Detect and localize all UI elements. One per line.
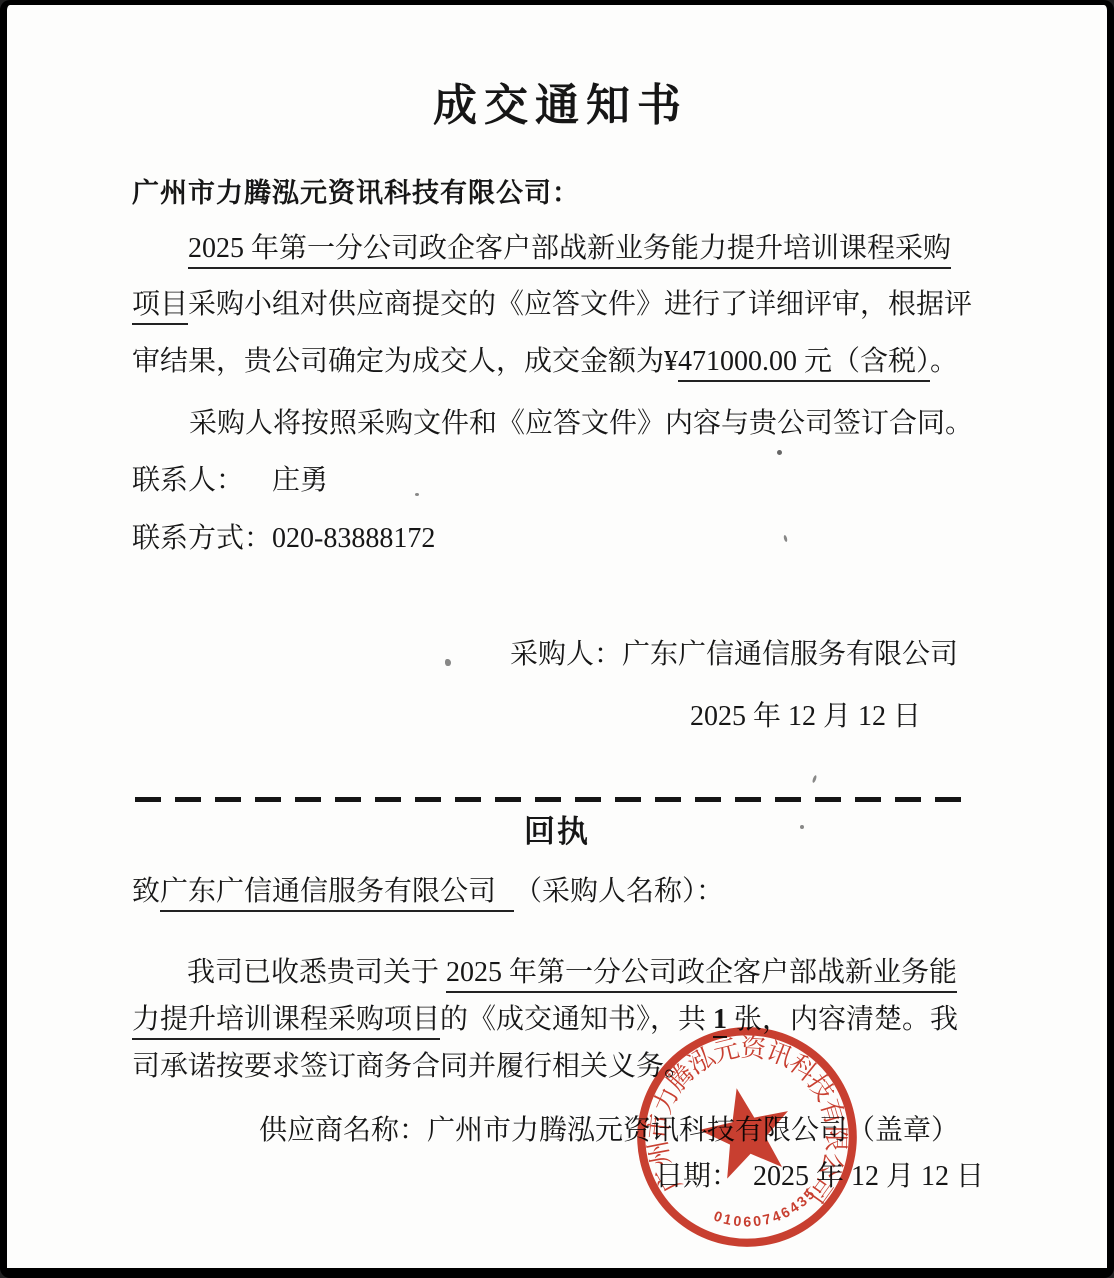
document-title: 成交通知书 (7, 69, 1107, 133)
purchaser-label: 采购人： (510, 639, 622, 670)
scan-speck (445, 659, 451, 666)
supplier-label: 供应商名称： (259, 1115, 427, 1146)
para1-line3-period: 。 (930, 346, 958, 377)
receipt-project-name-part2: 力提升培训课程采购项目 (132, 1004, 440, 1040)
addressee-line: 广州市力腾泓元资讯科技有限公司： (132, 173, 580, 213)
para1-line3-text: 审结果，贵公司确定为成交人，成交金额为¥ (132, 346, 678, 377)
scan-speck (777, 450, 782, 455)
para1-line4: 采购人将按照采购文件和《应答文件》内容与贵公司签订合同。 (189, 404, 973, 444)
contact-method-label: 联系方式： (132, 523, 272, 554)
purchaser-line: 采购人：广东广信通信服务有限公司 (510, 635, 958, 675)
contact-line: 联系人：庄勇 (132, 461, 328, 501)
seal-star-icon (692, 1079, 799, 1182)
para1-line1: 2025 年第一分公司政企客户部战新业务能力提升培训课程采购 (188, 229, 951, 269)
notice-date: 2025 年 12 月 12 日 (690, 701, 921, 732)
contract-statement: 采购人将按照采购文件和《应答文件》内容与贵公司签订合同。 (189, 408, 973, 439)
project-name-part1: 2025 年第一分公司政企客户部战新业务能力提升培训课程采购 (188, 233, 951, 269)
contact-method-line: 联系方式：020-83888172 (132, 519, 435, 559)
para1-line2: 项目采购小组对供应商提交的《应答文件》进行了详细评审，根据评 (132, 285, 972, 325)
receipt-to-prefix: 致 (132, 876, 160, 907)
receipt-line1-text: 我司已收悉贵司关于 (187, 957, 446, 988)
receipt-para-line1: 我司已收悉贵司关于 2025 年第一分公司政企客户部战新业务能 (187, 953, 957, 993)
scan-speck (415, 493, 419, 496)
para1-line2-text: 采购小组对供应商提交的《应答文件》进行了详细评审，根据评 (188, 289, 972, 320)
tear-off-dashed-line (135, 797, 969, 802)
scanned-document-page: 成交通知书 广州市力腾泓元资讯科技有限公司： 2025 年第一分公司政企客户部战… (0, 0, 1114, 1278)
receipt-to-company: 广东广信通信服务有限公司 (160, 876, 514, 912)
receipt-project-name-part1: 2025 年第一分公司政企客户部战新业务能 (446, 957, 957, 993)
receipt-to-line: 致广东广信通信服务有限公司（采购人名称）： (132, 872, 724, 912)
award-amount: 471000.00 元（含税） (678, 346, 930, 382)
receipt-to-suffix: （采购人名称）： (514, 876, 724, 907)
para1-line3: 审结果，贵公司确定为成交人，成交金额为¥471000.00 元（含税）。 (132, 342, 958, 382)
notice-date-line: 2025 年 12 月 12 日 (690, 697, 921, 737)
project-name-part2: 项目 (132, 289, 188, 325)
contact-name: 庄勇 (272, 465, 328, 496)
receipt-heading: 回执 (7, 806, 1107, 851)
purchaser-name: 广东广信通信服务有限公司 (622, 639, 958, 670)
addressee-company: 广州市力腾泓元资讯科技有限公司： (132, 178, 580, 208)
scan-speck (800, 825, 804, 829)
contact-label: 联系人： (132, 465, 244, 496)
contact-phone: 020-83888172 (272, 523, 435, 554)
company-seal-stamp: 广州市力腾泓元资讯科技有限公司 01060746435 (602, 992, 891, 1278)
scan-speck (812, 775, 818, 784)
scan-speck (783, 535, 788, 543)
seal-number-arc-text: 01060746435 (708, 1183, 825, 1239)
